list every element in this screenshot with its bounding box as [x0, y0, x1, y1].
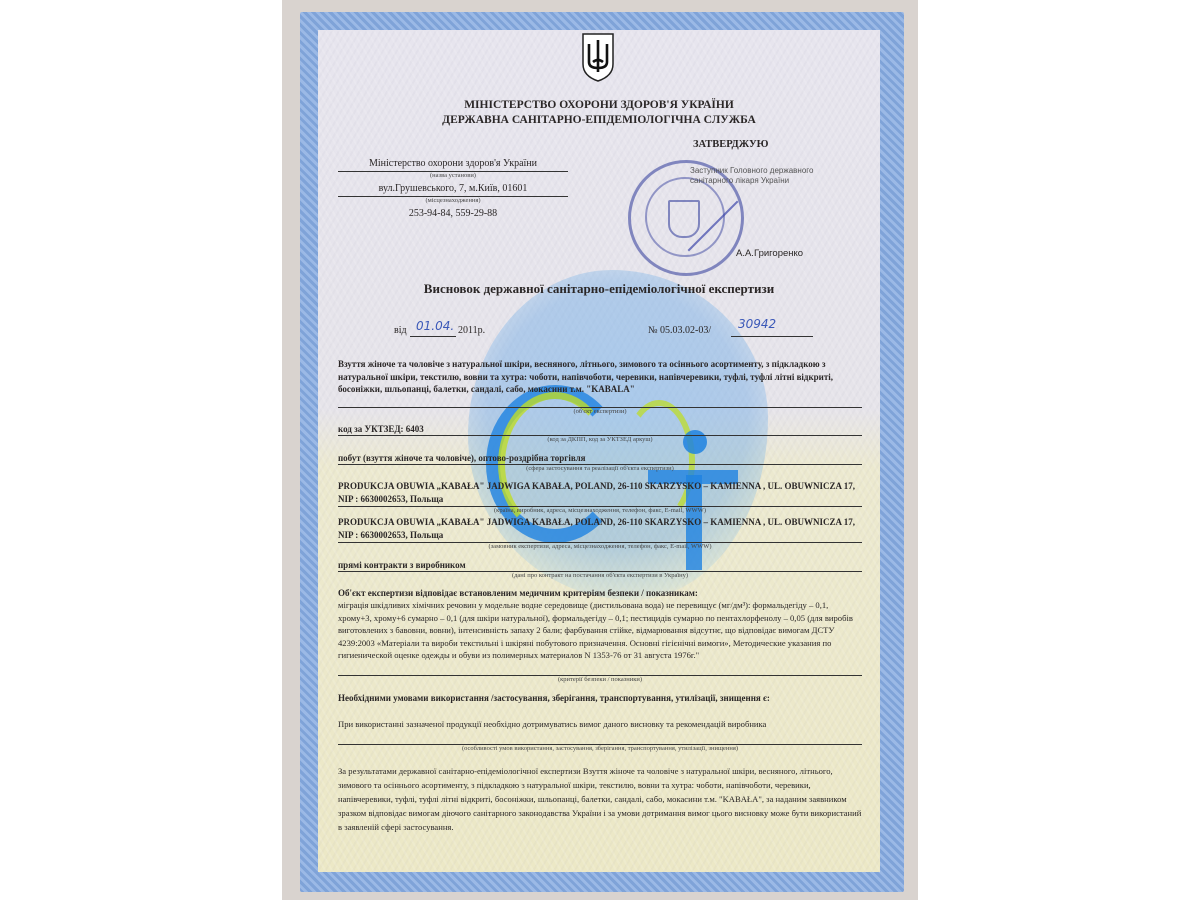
- date-year: 2011р.: [458, 324, 485, 338]
- caption: (сфера застосування та реалізації об'єкт…: [338, 465, 862, 472]
- caption: (код за ДКПП, код за УКТЗЕД аркуш): [338, 436, 862, 443]
- trident-coat-of-arms-icon: [580, 32, 616, 82]
- caption: (об'єкт експертизи): [338, 408, 862, 415]
- stamp-emblem-icon: [668, 200, 700, 238]
- scope-of-use: побут (взуття жіноче та чоловіче), оптов…: [338, 451, 586, 465]
- document-title: Висновок державної санітарно-епідеміолог…: [318, 282, 880, 296]
- customer: PRODUKCJA OBUWIA „KABAŁA" JADWIGA KABAŁA…: [338, 516, 862, 542]
- approval-position: Заступник Головного державного санітарно…: [690, 166, 840, 186]
- service-heading: ДЕРЖАВНА САНІТАРНО-ЕПІДЕМІОЛОГІЧНА СЛУЖБ…: [318, 113, 880, 127]
- criteria-body: міграція шкідливих хімічних речовин у мо…: [338, 599, 862, 662]
- number-prefix: № 05.03.02-03/: [648, 324, 711, 338]
- object-of-expertise: Взуття жіноче та чоловіче з натуральної …: [338, 358, 862, 396]
- issuer-address: вул.Грушевського, 7, м.Київ, 01601: [338, 182, 568, 196]
- conditions-heading: Необхідними умовами використання /застос…: [338, 692, 862, 705]
- caption: (назва установи): [338, 172, 568, 179]
- supply-contracts: прямі контракти з виробником: [338, 558, 466, 572]
- conclusion-text: За результатами державної санітарно-епід…: [338, 764, 862, 834]
- number-handwritten: 30942: [738, 317, 776, 331]
- certificate-paper: МІНІСТЕРСТВО ОХОРОНИ ЗДОРОВ'Я УКРАЇНИ ДЕ…: [318, 30, 880, 872]
- caption: (особливості умов використання, застосув…: [338, 745, 862, 752]
- date-prefix: від: [394, 324, 407, 338]
- date-handwritten: 01.04.: [416, 319, 454, 333]
- approval-signer: А.А.Григоренко: [736, 247, 803, 261]
- manufacturer: PRODUKCJA OBUWIA „KABAŁA" JADWIGA KABAŁA…: [338, 480, 862, 506]
- issuer-phones: 253-94-84, 559-29-88: [338, 207, 568, 221]
- approval-title: ЗАТВЕРДЖУЮ: [693, 138, 769, 152]
- ministry-heading: МІНІСТЕРСТВО ОХОРОНИ ЗДОРОВ'Я УКРАЇНИ: [318, 98, 880, 112]
- caption: (країна, виробник, адреса, місцезнаходже…: [338, 507, 862, 514]
- caption: (дані про контракт на постачання об'єкта…: [338, 572, 862, 579]
- conditions-body: При використанні зазначеної продукції не…: [338, 718, 862, 731]
- uktzed-code: код за УКТЗЕД: 6403: [338, 422, 424, 436]
- criteria-heading: Об'єкт експертизи відповідає встановлени…: [338, 586, 862, 600]
- caption: (критерії безпеки / показники): [338, 676, 862, 683]
- rule: [731, 336, 813, 337]
- issuer-name: Міністерство охорони здоров'я України: [338, 157, 568, 171]
- caption: (місцезнаходження): [338, 197, 568, 204]
- caption: (замовник експертизи, адреса, місцезнахо…: [338, 543, 862, 550]
- rule: [410, 336, 456, 337]
